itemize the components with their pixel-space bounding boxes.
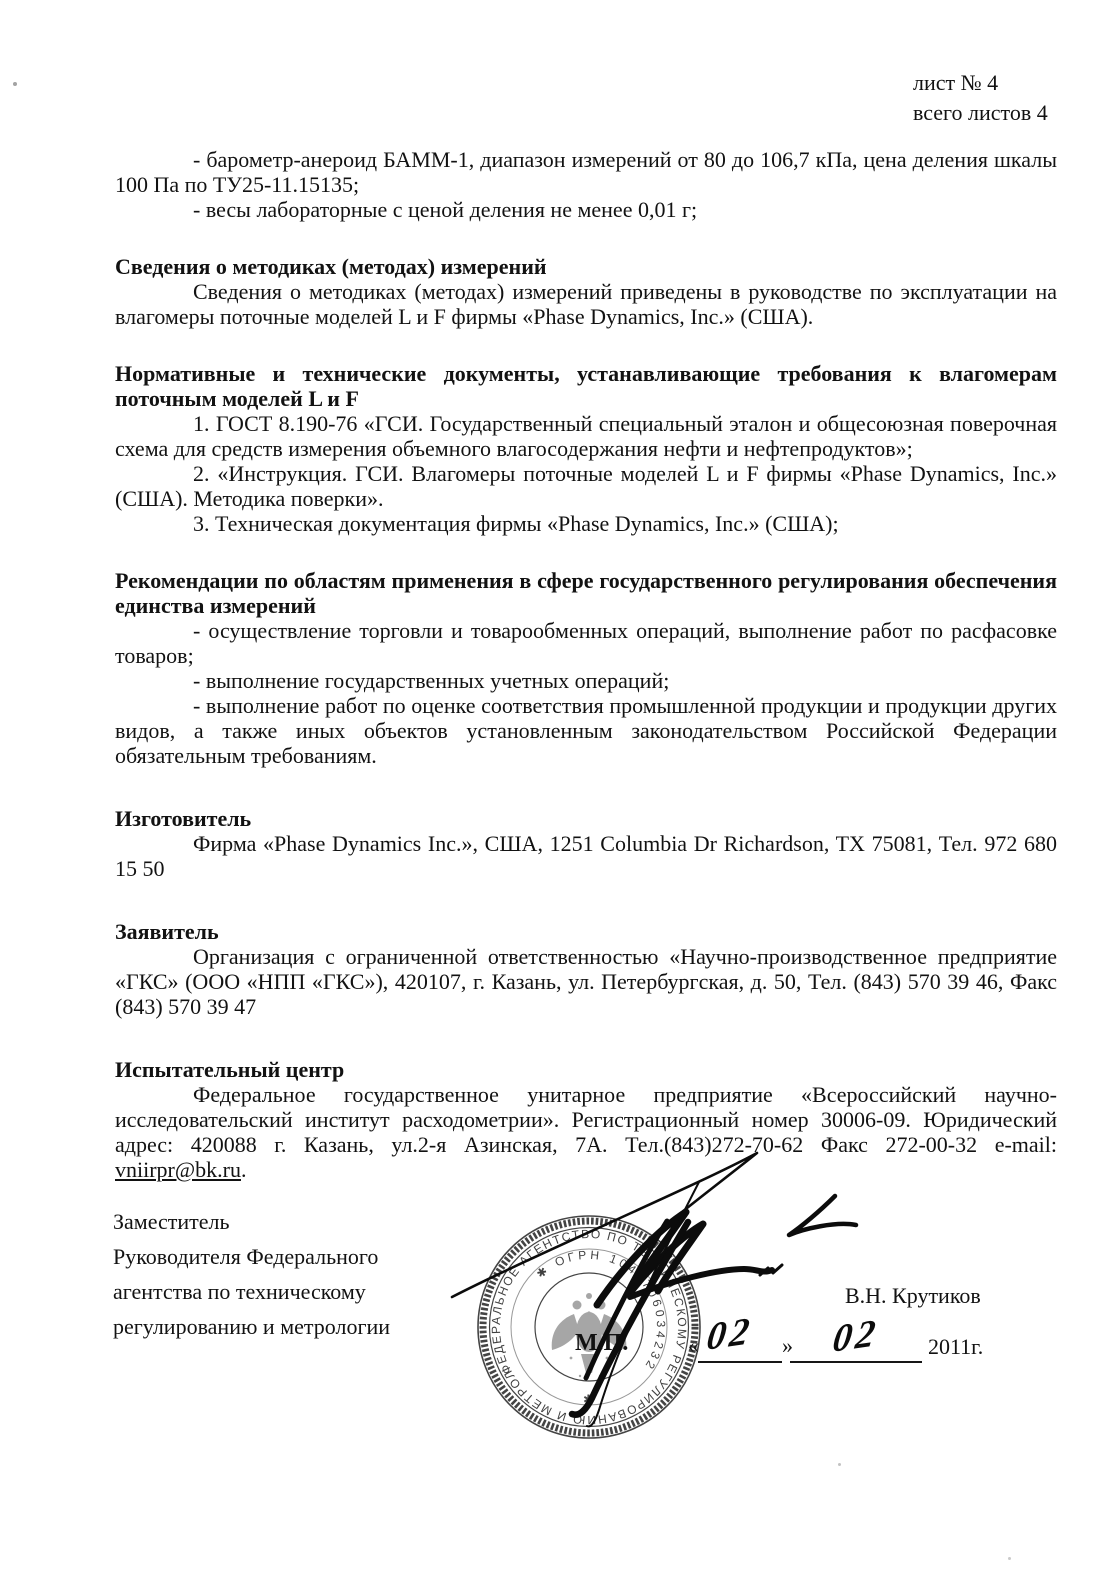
scan-speck: [13, 82, 17, 86]
official-title-line: регулированию и метрологии: [113, 1309, 390, 1344]
date-year: 2011г.: [928, 1334, 983, 1360]
handwritten-day: 02: [704, 1308, 756, 1360]
scan-speck: [1008, 1557, 1011, 1560]
document-page: лист № 4 всего листов 4 - барометр-анеро…: [0, 0, 1098, 1572]
intro-item: - барометр-анероид БАММ-1, диапазон изме…: [115, 147, 1057, 197]
document-body: - барометр-анероид БАММ-1, диапазон изме…: [115, 147, 1057, 1182]
section-paragraph: 1. ГОСТ 8.190-76 «ГСИ. Государственный с…: [115, 411, 1057, 461]
date-month-blank: [790, 1361, 922, 1363]
seal-place-label: М.П.: [575, 1330, 628, 1357]
section-paragraph: 3. Техническая документация фирмы «Phase…: [115, 511, 1057, 536]
test-center-paragraph: Федеральное государственное унитарное пр…: [115, 1082, 1057, 1182]
test-center-period: .: [241, 1157, 247, 1182]
official-title-line: Заместитель: [113, 1204, 390, 1239]
section-title-manufacturer: Изготовитель: [115, 806, 1057, 831]
section-paragraph: Организация с ограниченной ответственнос…: [115, 944, 1057, 1019]
stamp-separator-star: ✱: [583, 1392, 594, 1407]
section-paragraph: - выполнение работ по оценке соответстви…: [115, 693, 1057, 768]
intro-item: - весы лабораторные с ценой деления не м…: [115, 197, 1057, 222]
official-title-line: Руководителя Федерального: [113, 1239, 390, 1274]
section-paragraph: 2. «Инструкция. ГСИ. Влагомеры поточные …: [115, 461, 1057, 511]
section-paragraph: - осуществление торговли и товарообменны…: [115, 618, 1057, 668]
section-paragraph: - выполнение государственных учетных опе…: [115, 668, 1057, 693]
sheet-total: всего листов 4: [913, 98, 1048, 128]
date-day-blank: [698, 1361, 782, 1363]
section-title-test-center: Испытательный центр: [115, 1057, 1057, 1082]
official-round-stamp: ФЕДЕРАЛЬНОЕ АГЕНТСТВО ПО ТЕХНИЧЕСКОМУ РЕ…: [470, 1208, 708, 1446]
scan-speck: [838, 1463, 841, 1466]
date-close-quote: »: [782, 1333, 793, 1359]
section-paragraph: Сведения о методиках (методах) измерений…: [115, 279, 1057, 329]
sheet-number: лист № 4: [913, 68, 1048, 98]
section-title-applicant: Заявитель: [115, 919, 1057, 944]
sheet-header: лист № 4 всего листов 4: [913, 68, 1048, 128]
test-center-text: Федеральное государственное унитарное пр…: [115, 1082, 1057, 1157]
section-title-methods: Сведения о методиках (методах) измерений: [115, 254, 1057, 279]
official-title-line: агентства по техническому: [113, 1274, 390, 1309]
section-paragraph: Фирма «Phase Dynamics Inc.», США, 1251 C…: [115, 831, 1057, 881]
section-title-normative-docs: Нормативные и технические документы, уст…: [115, 361, 1057, 411]
email-link[interactable]: vniirpr@bk.ru: [115, 1157, 241, 1182]
official-title-block: Заместитель Руководителя Федерального аг…: [113, 1204, 390, 1344]
section-title-recommendations: Рекомендации по областям применения в сф…: [115, 568, 1057, 618]
signer-name: В.Н. Крутиков: [845, 1283, 981, 1309]
handwritten-month: 02: [830, 1310, 882, 1362]
